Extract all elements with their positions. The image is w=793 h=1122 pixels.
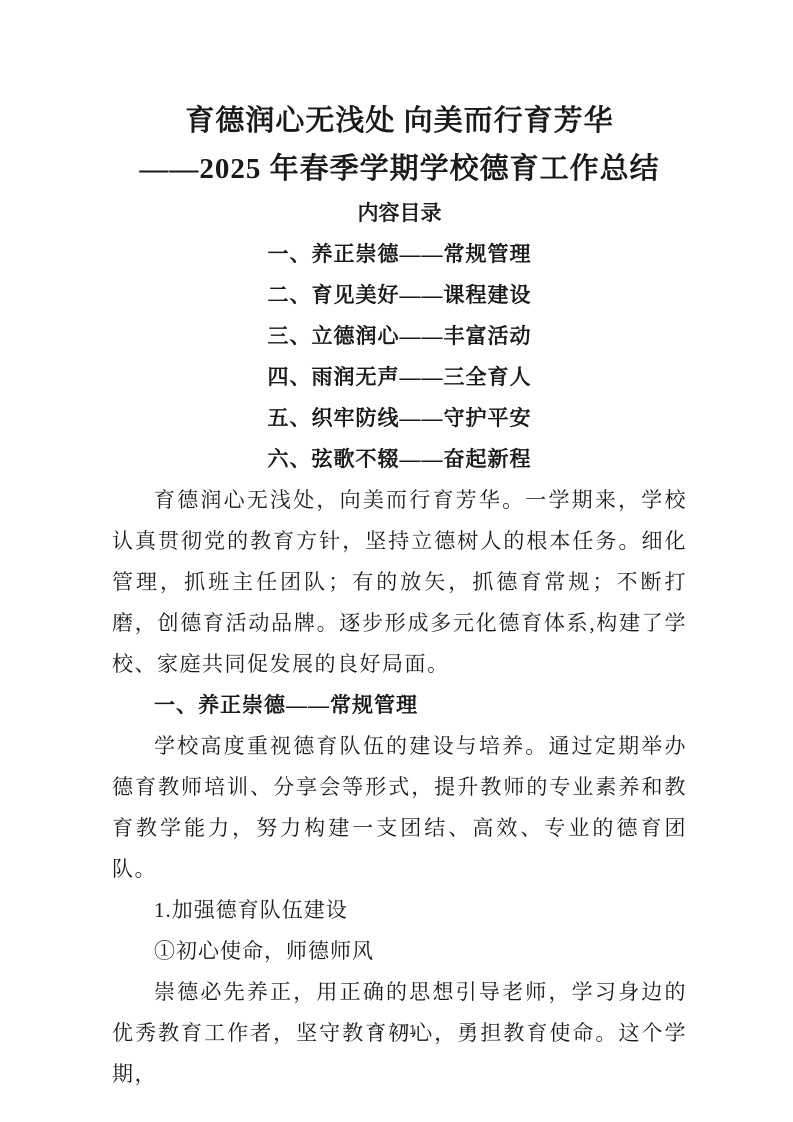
document-title: 育德润心无浅处 向美而行育芳华 ——2025 年春季学期学校德育工作总结: [112, 97, 687, 193]
intro-paragraph: 育德润心无浅处，向美而行育芳华。一学期来，学校认真贯彻党的教育方针，坚持立德树人…: [112, 480, 687, 685]
subsection-1-1-heading: ①初心使命，师德师风: [112, 931, 687, 972]
toc-item-5: 五、织牢防线——守护平安: [112, 398, 687, 439]
toc-item-4: 四、雨润无声——三全育人: [112, 357, 687, 398]
document-body: 育德润心无浅处，向美而行育芳华。一学期来，学校认真贯彻党的教育方针，坚持立德树人…: [112, 480, 687, 1095]
toc-item-6: 六、弦歌不辍——奋起新程: [112, 439, 687, 480]
document-page: 育德润心无浅处 向美而行育芳华 ——2025 年春季学期学校德育工作总结 内容目…: [0, 0, 793, 1122]
toc-item-1: 一、养正崇德——常规管理: [112, 234, 687, 275]
title-line-1: 育德润心无浅处 向美而行育芳华: [112, 97, 687, 145]
subsection-1-heading: 1.加强德育队伍建设: [112, 890, 687, 931]
title-line-2: ——2025 年春季学期学校德育工作总结: [112, 145, 687, 193]
toc-item-2: 二、育见美好——课程建设: [112, 275, 687, 316]
section-1-heading: 一、养正崇德——常规管理: [112, 685, 687, 726]
page-number: 1 / 11: [0, 1022, 793, 1037]
table-of-contents: 内容目录 一、养正崇德——常规管理 二、育见美好——课程建设 三、立德润心——丰…: [112, 193, 687, 480]
toc-item-3: 三、立德润心——丰富活动: [112, 316, 687, 357]
section-1-paragraph: 学校高度重视德育队伍的建设与培养。通过定期举办德育教师培训、分享会等形式，提升教…: [112, 726, 687, 890]
toc-heading: 内容目录: [112, 193, 687, 234]
